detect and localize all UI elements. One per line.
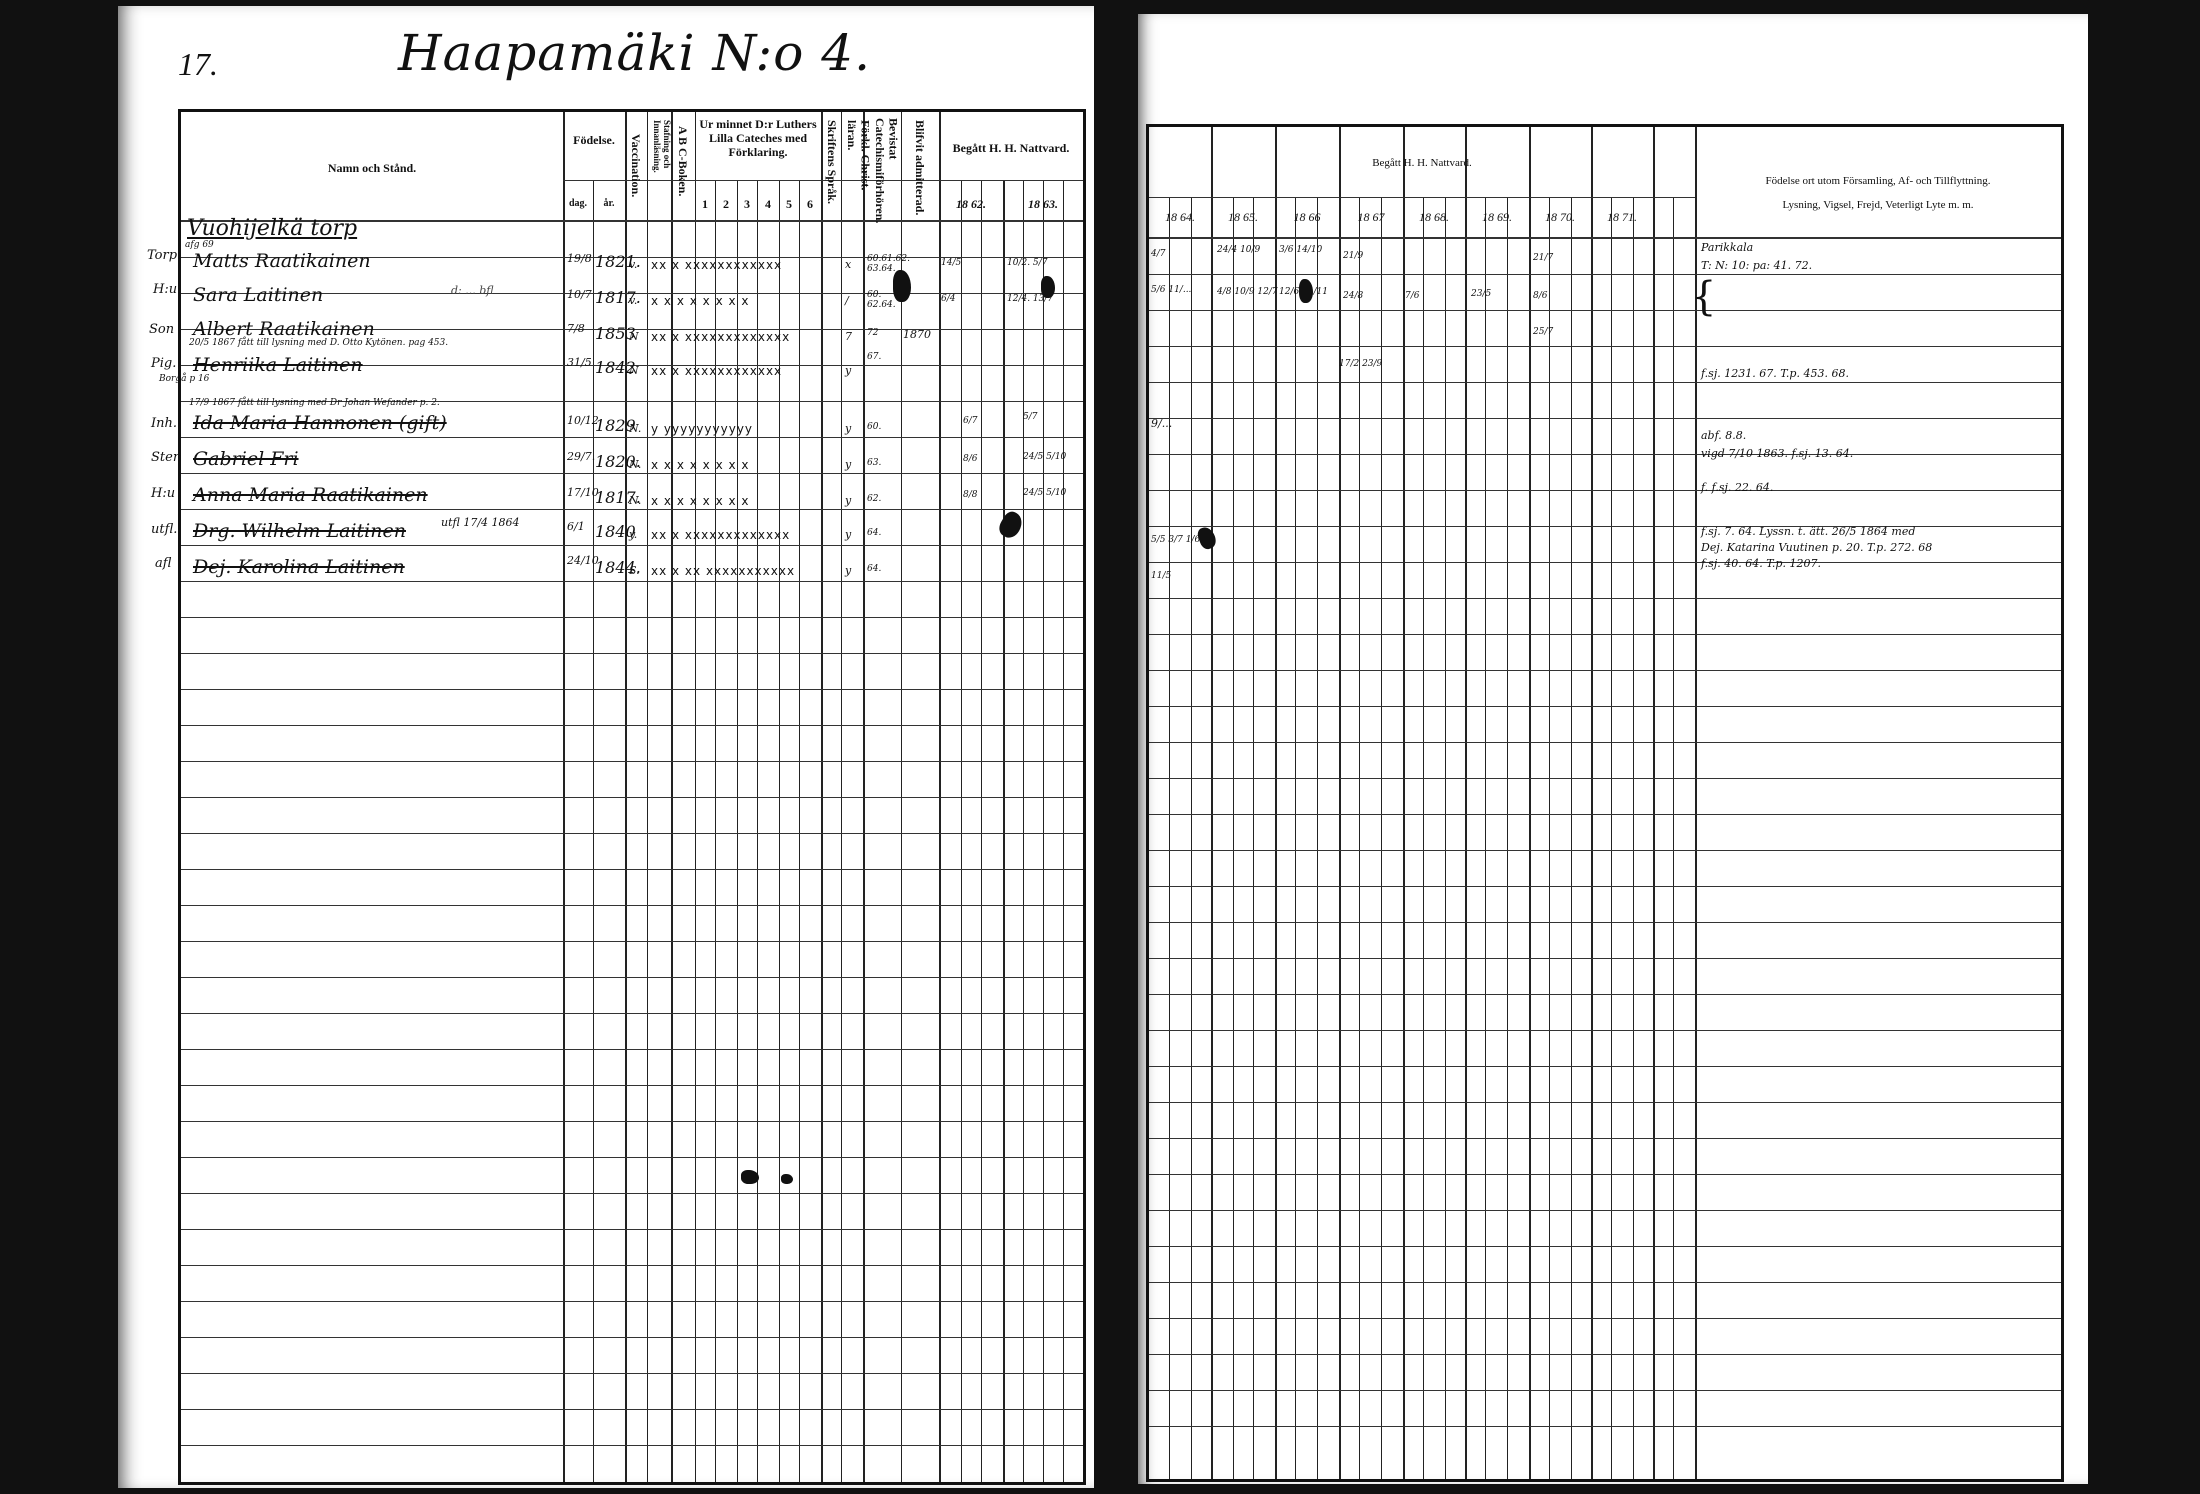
remark-line: vigd 7/10 1863. f.sj. 13. 64. (1701, 447, 1853, 460)
row-name: Matts Raatikainen (193, 250, 371, 272)
row-christian-doctrine: y (845, 494, 851, 507)
row-christian-doctrine: y (845, 564, 851, 577)
row-exams: 64. (867, 564, 881, 574)
row-birth-day: 7/8 (567, 322, 585, 335)
row-name: Anna Maria Raatikainen (193, 484, 428, 506)
ink-blot (1299, 279, 1313, 303)
remark-line: f. f.sj. 22. 64. (1701, 481, 1773, 494)
row-knowledge-marks: xx x xx xxxxxxxxxxx (651, 564, 795, 578)
ink-blot (893, 270, 911, 302)
row-role: H:u (153, 282, 177, 297)
header-catechism-6: 6 (799, 198, 821, 212)
remark-line: f.sj. 7. 64. Lyssn. t. ätt. 26/5 1864 me… (1701, 525, 1915, 538)
row-exams: 72 (867, 328, 878, 338)
header-catechism-exams: Bevistat Catechismiförhören. (873, 118, 899, 218)
row-vaccination: N. (629, 494, 641, 507)
remark-line: f.sj. 40. 64. T.p. 1207. (1701, 557, 1821, 570)
row-vaccination: v. (629, 294, 637, 307)
row-birth-day: 10/7 (567, 288, 592, 301)
row-vaccination: v. (629, 258, 637, 271)
ink-blot (1196, 525, 1219, 551)
ink-blot (1041, 276, 1055, 298)
header-year-1863: 18 63. (1003, 198, 1083, 212)
communion-entry: 25/7 (1533, 327, 1553, 337)
row-birth-day: 31/5 (567, 356, 592, 369)
row-vaccination: S. (629, 564, 640, 577)
row-role: H:u (151, 486, 175, 501)
header-vaccination: Vaccination. (629, 134, 642, 224)
row-knowledge-marks: xx x xxxxxxxxxxxxx (651, 528, 790, 542)
row-communion-1863: 10/2. 5/7 (1007, 258, 1047, 268)
row-vaccination: y. (629, 528, 637, 541)
row-christian-doctrine: y (845, 364, 851, 377)
row-christian-doctrine: x (845, 258, 851, 271)
header-abc-book: A B C-Boken. (676, 126, 689, 216)
row-knowledge-marks: xx x xxxxxxxxxxxx (651, 364, 782, 378)
row-birth-day: 10/12 (567, 414, 599, 427)
row-role: Inh. (151, 416, 177, 431)
row-knowledge-marks: x x x x x x x x (651, 494, 750, 508)
row-role: Son (149, 322, 174, 337)
header-name: Namn och Stånd. (181, 162, 563, 176)
row-knowledge-marks: xx x xxxxxxxxxxxxx (651, 330, 790, 344)
row-extra-note: utfl 17/4 1864 (441, 516, 520, 529)
communion-entry: 8/6 (1533, 291, 1547, 301)
ink-blot (996, 509, 1026, 542)
brace-icon: { (1691, 277, 1716, 317)
header-birth-year: år. (593, 198, 625, 210)
book-spine (1094, 0, 1138, 1494)
row-extra-note: d: ... bfl (451, 284, 494, 297)
header-year-1871: 18 71. (1591, 211, 1653, 225)
remark-line: f.sj. 1231. 67. T.p. 453. 68. (1701, 367, 1849, 380)
header-christian-doctrine: Förkl. Christ. läran. (845, 120, 871, 220)
remark-line: abf. 8.8. (1701, 429, 1746, 442)
row-role: utfl. (151, 522, 177, 537)
remark-line: Dej. Katarina Vuutinen p. 20. T.p. 272. … (1701, 541, 1932, 554)
row-name: Dej. Karolina Laitinen (193, 556, 405, 578)
communion-entry: 5/6 11/... (1151, 285, 1191, 295)
header-remarks: Födelse ort utom Församling, Af- och Til… (1695, 175, 2061, 188)
header-catechism-2: 2 (715, 198, 737, 212)
communion-entry: 7/6 (1405, 291, 1419, 301)
row-christian-doctrine: 7 (845, 330, 852, 343)
row-communion-1862: 8/8 (963, 490, 977, 500)
communion-entry: 23/5 (1471, 289, 1491, 299)
right-page: Begått H. H. Nattvard. 18 64. 18 65. 18 … (1138, 14, 2088, 1484)
row-knowledge-marks: x x x x x x x x (651, 294, 750, 308)
header-year-1862: 18 62. (939, 198, 1003, 212)
header-year-1865: 18 65. (1211, 211, 1275, 225)
header-year-1866: 18 66 (1275, 211, 1339, 225)
row-role: afl (155, 556, 171, 571)
row-vaccination: N. (629, 458, 641, 471)
header-year-1868: 18 68. (1403, 211, 1465, 225)
communion-entry: 24/4 10/9 (1217, 245, 1260, 255)
register-table-right: Begått H. H. Nattvard. 18 64. 18 65. 18 … (1146, 124, 2064, 1482)
row-christian-doctrine: y (845, 528, 851, 541)
header-communion: Begått H. H. Nattvard. (1149, 157, 1695, 170)
header-reading: Stafning och Innanläsning. (651, 120, 671, 200)
row-name: Henriika Laitinen (193, 354, 363, 376)
row-knowledge-marks: y yyyyyyyyyyy (651, 422, 753, 436)
header-catechism-4: 4 (757, 198, 779, 212)
row-exams: 60. (867, 422, 881, 432)
row-communion-1862: 8/6 (963, 454, 977, 464)
header-year-1864: 18 64. (1149, 211, 1211, 225)
header-communion: Begått H. H. Nattvard. (939, 142, 1083, 156)
row-birth-day: 29/7. (567, 450, 595, 463)
row-christian-doctrine: / (845, 294, 849, 307)
header-catechism: Ur minnet D:r Luthers Lilla Cateches med… (695, 118, 821, 159)
row-christian-doctrine: y (845, 458, 851, 471)
row-communion-1863: 24/5 5/10 (1023, 452, 1066, 462)
header-birth: Födelse. (563, 134, 625, 148)
header-catechism-1: 1 (695, 198, 715, 212)
row-note: afg 69 (185, 240, 214, 250)
row-exams: 67. (867, 352, 881, 362)
row-note: 17/9 1867 fått till lysning med Dr Johan… (189, 398, 440, 408)
communion-entry: 4/8 10/9 12/7 (1217, 287, 1278, 297)
communion-entry: 17/2 23/9 (1339, 359, 1382, 369)
row-name: Drg. Wilhelm Laitinen (193, 520, 406, 542)
communion-entry: 21/9 (1343, 251, 1363, 261)
place-title: Haapamäki N:o 4. (398, 24, 871, 82)
row-subnote: 20/5 1867 fått till lysning med D. Otto … (189, 338, 448, 348)
folio-number: 17. (178, 46, 218, 83)
row-role: Pig. (151, 356, 176, 371)
communion-entry: 5/5 3/7 1/6 (1151, 535, 1200, 545)
communion-entry: 9/... (1151, 417, 1172, 430)
row-birth-day: 19/8 (567, 252, 592, 265)
header-year-1870: 18 70. (1529, 211, 1591, 225)
header-catechism-5: 5 (779, 198, 799, 212)
row-exams: 64. (867, 528, 881, 538)
row-birth-day: 17/10 (567, 486, 599, 499)
row-role: Torp. (147, 248, 181, 263)
row-vaccination: N. (629, 422, 641, 435)
row-communion-1863: 5/7 (1023, 412, 1037, 422)
row-role: Sten (151, 450, 181, 465)
header-birth-day: dag. (563, 198, 593, 210)
row-admitted: 1870 (903, 328, 931, 341)
row-name: Albert Raatikainen (193, 318, 375, 340)
row-vaccination: N (629, 330, 639, 343)
communion-entry: 24/8 (1343, 291, 1363, 301)
left-page: 17. Haapamäki N:o 4. (118, 6, 1094, 1488)
row-communion-1862: 6/4 (941, 294, 955, 304)
header-year-1869: 18 69. (1465, 211, 1529, 225)
row-name: Sara Laitinen (193, 284, 323, 306)
remark-line: Parikkala (1701, 241, 1753, 254)
row-name: Gabriel Fri (193, 448, 299, 470)
header-remarks-line2: Lysning, Vigsel, Frejd, Veterligt Lyte m… (1695, 199, 2061, 212)
row-birth-day: 24/10 (567, 554, 599, 567)
communion-entry: 11/5 (1151, 571, 1171, 581)
row-communion-1862: 6/7 (963, 416, 977, 426)
row-knowledge-marks: x x x x x x x x (651, 458, 750, 472)
ink-blot (781, 1174, 793, 1184)
row-christian-doctrine: y (845, 422, 851, 435)
communion-entry: 21/7 (1533, 253, 1553, 263)
remark-line: T: N: 10: pa: 41. 72. (1701, 259, 1812, 272)
register-table-left: Namn och Stånd. Födelse. dag. år. Vaccin… (178, 109, 1086, 1485)
section-title: Vuohijelkä torp (187, 216, 357, 241)
communion-entry: 4/7 (1151, 249, 1165, 259)
ink-blot (741, 1170, 759, 1184)
header-catechism-3: 3 (737, 198, 757, 212)
header-scripture: Skriftens Språk. (825, 120, 838, 220)
row-birth-day: 6/1 (567, 520, 585, 533)
communion-entry: 3/6 14/10 (1279, 245, 1322, 255)
row-communion-1862: 14/5 (941, 258, 961, 268)
row-name: Ida Maria Hannonen (gift) (193, 412, 447, 434)
row-communion-1863: 24/5 5/10 (1023, 488, 1066, 498)
header-year-1867: 18 67 (1339, 211, 1403, 225)
row-exams: 63. (867, 458, 881, 468)
header-admitted: Blifvit admitterad. (913, 120, 926, 220)
row-vaccination: N (629, 364, 639, 377)
row-exams: 62. (867, 494, 881, 504)
row-knowledge-marks: xx x xxxxxxxxxxxx (651, 258, 782, 272)
